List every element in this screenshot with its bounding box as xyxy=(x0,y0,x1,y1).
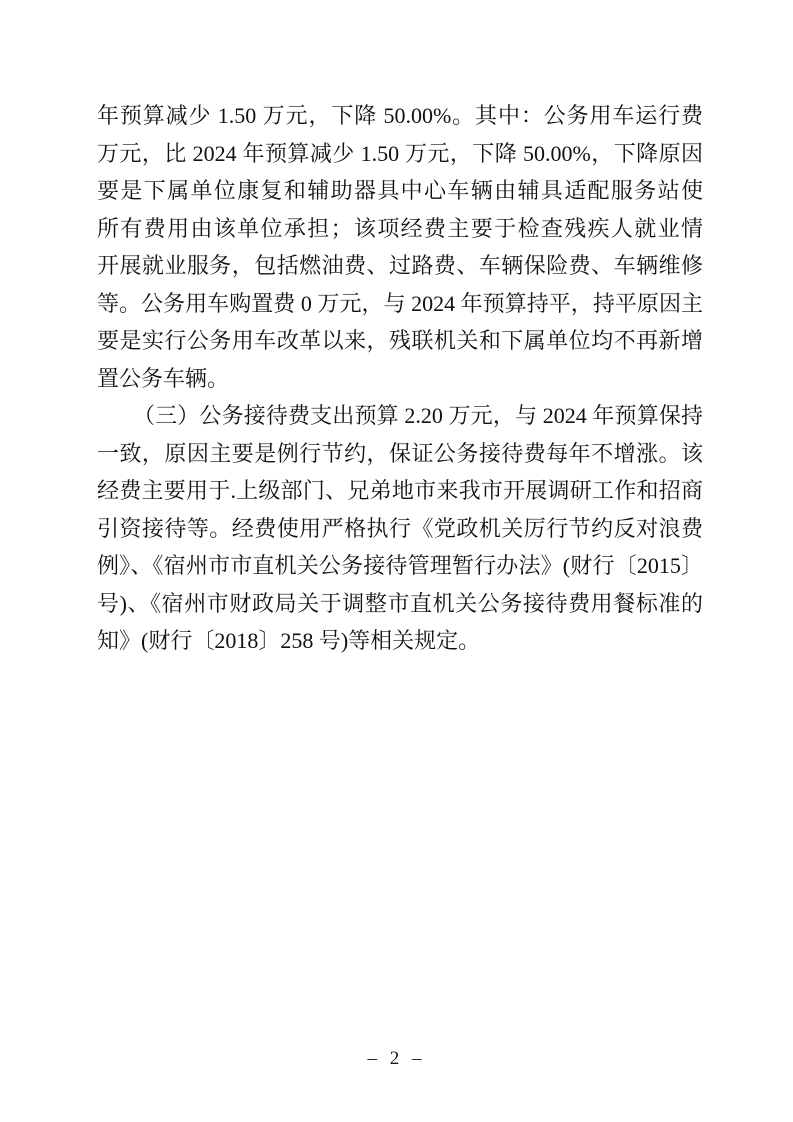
text-line: 所有费用由该单位承担；该项经费主要于检查残疾人就业情况， xyxy=(97,210,703,248)
document-body: 年预算减少 1.50 万元，下降 50.00%。其中：公务用车运行费 1.50 … xyxy=(97,97,703,660)
text-line: 知》(财行〔2018〕258 号)等相关规定。 xyxy=(97,622,703,660)
text-line: 开展就业服务，包括燃油费、过路费、车辆保险费、车辆维修费 xyxy=(97,247,703,285)
text-line: 等。公务用车购置费 0 万元，与 2024 年预算持平，持平原因主 xyxy=(97,285,703,323)
text-line: 年预算减少 1.50 万元，下降 50.00%。其中：公务用车运行费 1.50 xyxy=(97,97,703,135)
document-page: 年预算减少 1.50 万元，下降 50.00%。其中：公务用车运行费 1.50 … xyxy=(0,0,793,1122)
text-line: 号)、《宿州市财政局关于调整市直机关公务接待费用餐标准的通 xyxy=(97,585,703,623)
text-line: （三）公务接待费支出预算 2.20 万元，与 2024 年预算保持 xyxy=(97,397,703,435)
text-line: 要是实行公务用车改革以来，残联机关和下属单位均不再新增购 xyxy=(97,322,703,360)
text-line: 经费主要用于.上级部门、兄弟地市来我市开展调研工作和招商 xyxy=(97,472,703,510)
text-line: 一致，原因主要是例行节约，保证公务接待费每年不增涨。该项 xyxy=(97,435,703,473)
page-footer: – 2 – xyxy=(0,1044,793,1074)
text-line: 引资接待等。经费使用严格执行《党政机关厉行节约反对浪费条 xyxy=(97,510,703,548)
text-line: 万元，比 2024 年预算减少 1.50 万元，下降 50.00%，下降原因主 xyxy=(97,135,703,173)
text-line: 例》、《宿州市市直机关公务接待管理暂行办法》(财行〔2015〕4 xyxy=(97,547,703,585)
text-line: 要是下属单位康复和辅助器具中心车辆由辅具适配服务站使用， xyxy=(97,172,703,210)
page-number: – 2 – xyxy=(368,1048,426,1069)
text-line: 置公务车辆。 xyxy=(97,360,703,398)
